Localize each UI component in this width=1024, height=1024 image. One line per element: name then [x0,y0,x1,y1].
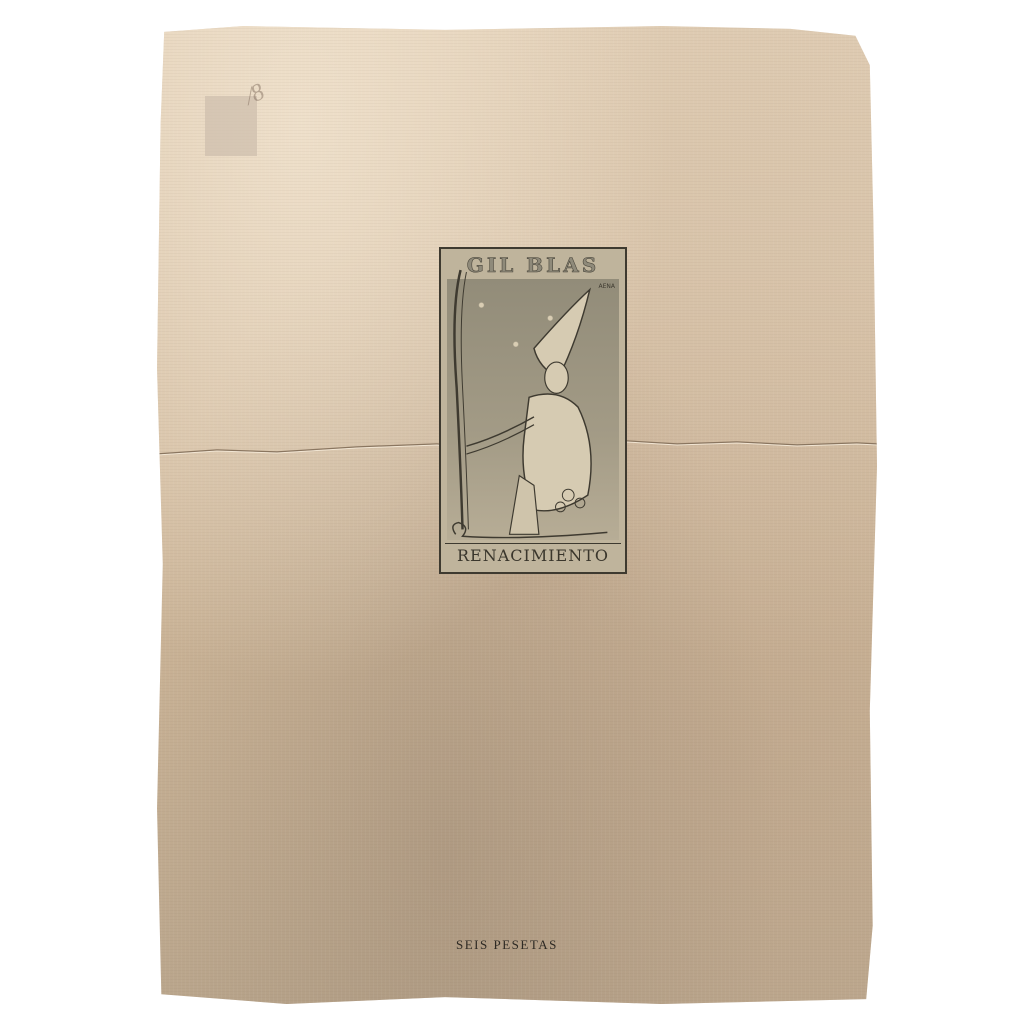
cloaked-figure-illustration [441,249,625,572]
publisher-name: RENACIMIENTO [445,543,621,568]
pencil-mark: ∕8 [243,52,341,140]
removed-label-patch [205,96,257,156]
publisher-emblem: GIL BLAS AENA RENACIMIENTO [439,247,627,574]
price-label: SEIS PESETAS [456,937,558,953]
artist-monogram: AENA [599,283,616,290]
